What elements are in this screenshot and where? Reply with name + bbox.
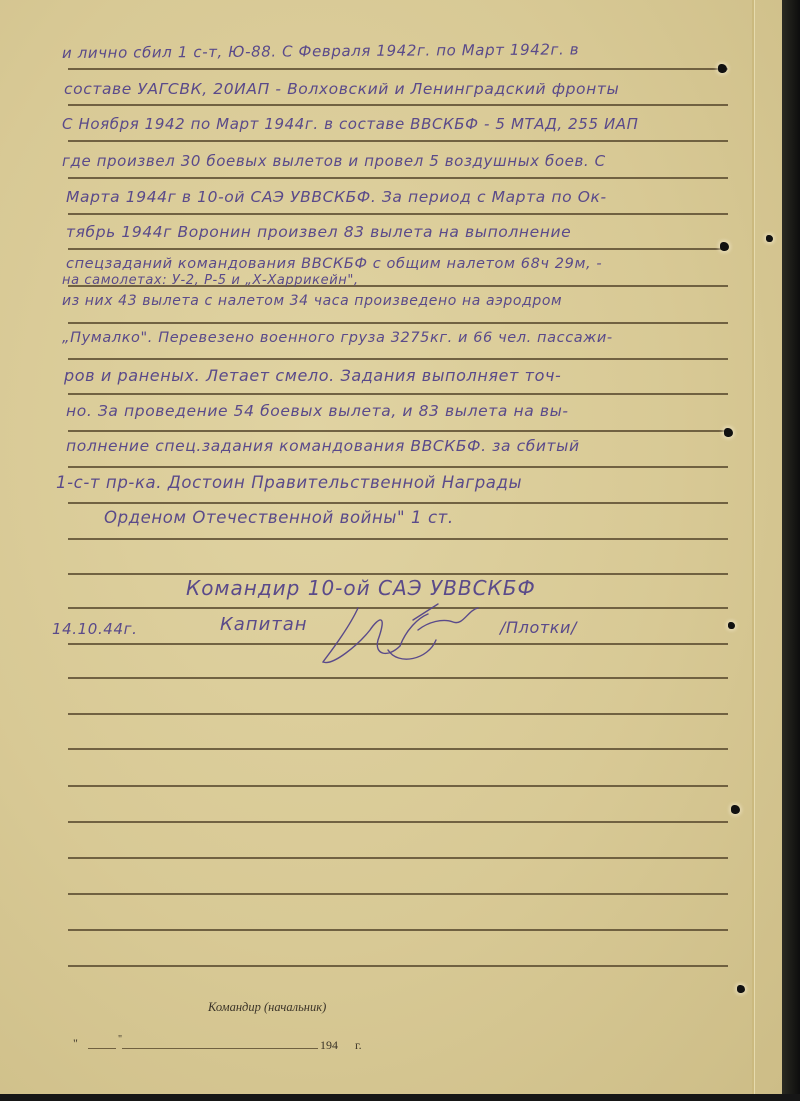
commander-title: Командир 10-ой САЭ УВВСКБФ	[186, 576, 536, 600]
punch-hole	[728, 622, 735, 629]
ruled-line	[68, 248, 728, 250]
date-month-line	[122, 1048, 318, 1049]
punch-hole	[724, 428, 733, 437]
handwritten-line: и лично сбил 1 с-т, Ю-88. С Февраля 1942…	[62, 40, 579, 62]
punch-hole	[737, 985, 745, 993]
handwritten-line: ров и раненых. Летает смело. Задания вып…	[64, 366, 561, 385]
handwritten-line: спецзаданий командования ВВСКБФ с общим …	[66, 256, 602, 272]
handwritten-line: составе УАГСВК, 20ИАП - Волховский и Лен…	[64, 80, 619, 98]
punch-hole	[766, 235, 773, 242]
handwritten-line: „Пумалко". Перевезено военного груза 327…	[62, 330, 613, 346]
punch-hole	[731, 805, 740, 814]
ruled-line	[68, 965, 728, 967]
ruled-line	[68, 466, 728, 468]
ruled-line	[68, 68, 728, 70]
handwritten-line: где произвел 30 боевых вылетов и провел …	[62, 152, 606, 170]
signature-name: /Плотки/	[500, 618, 577, 637]
page-fold	[752, 0, 754, 1094]
ruled-line	[68, 821, 728, 823]
handwritten-line: на самолетах: У-2, Р-5 и „Х-Харрикейн",	[62, 273, 359, 288]
ruled-line	[68, 104, 728, 106]
ruled-line	[68, 177, 728, 179]
handwritten-line: Орденом Отечественной войны" 1 ст.	[104, 508, 454, 527]
handwritten-line: 1-с-т пр-ка. Достоин Правительственной Н…	[56, 473, 522, 492]
punch-hole	[718, 64, 727, 73]
handwritten-line: тябрь 1944г Воронин произвел 83 вылета н…	[66, 223, 571, 241]
ruled-line	[68, 502, 728, 504]
handwritten-line: но. За проведение 54 боевых вылета, и 83…	[66, 402, 569, 420]
handwritten-line: Марта 1944г в 10-ой САЭ УВВСКБФ. За пери…	[66, 188, 607, 206]
ruled-line	[68, 538, 728, 540]
handwritten-signature	[318, 600, 493, 670]
signature-date: 14.10.44г.	[52, 620, 137, 638]
ruled-line	[68, 785, 728, 787]
ruled-line	[68, 322, 728, 324]
ruled-line	[68, 393, 728, 395]
punch-hole	[720, 242, 729, 251]
year-abbrev: г.	[355, 1038, 362, 1053]
commander-label: Командир (начальник)	[208, 1000, 326, 1015]
ruled-line	[68, 430, 728, 432]
ruled-line	[68, 713, 728, 715]
ruled-line	[68, 213, 728, 215]
handwritten-line: С Ноября 1942 по Март 1944г. в составе В…	[62, 115, 639, 133]
ruled-line	[68, 573, 728, 575]
ruled-line	[68, 893, 728, 895]
handwritten-line: полнение спец.задания командования ВВСКБ…	[66, 437, 580, 455]
date-day-line	[88, 1048, 116, 1049]
date-quote-open: "	[73, 1036, 78, 1051]
signature-rank: Капитан	[220, 614, 308, 635]
date-quote-close: "	[118, 1034, 122, 1045]
document-page: и лично сбил 1 с-т, Ю-88. С Февраля 1942…	[0, 0, 782, 1094]
scan-edge-right	[782, 0, 800, 1101]
ruled-line	[68, 358, 728, 360]
ruled-line	[68, 748, 728, 750]
ruled-line	[68, 140, 728, 142]
ruled-line	[68, 677, 728, 679]
ruled-line	[68, 929, 728, 931]
year-prefix: 194	[320, 1038, 338, 1053]
scan-edge-bottom	[0, 1094, 800, 1101]
handwritten-line: из них 43 вылета с налетом 34 часа произ…	[62, 293, 562, 309]
ruled-line	[68, 857, 728, 859]
